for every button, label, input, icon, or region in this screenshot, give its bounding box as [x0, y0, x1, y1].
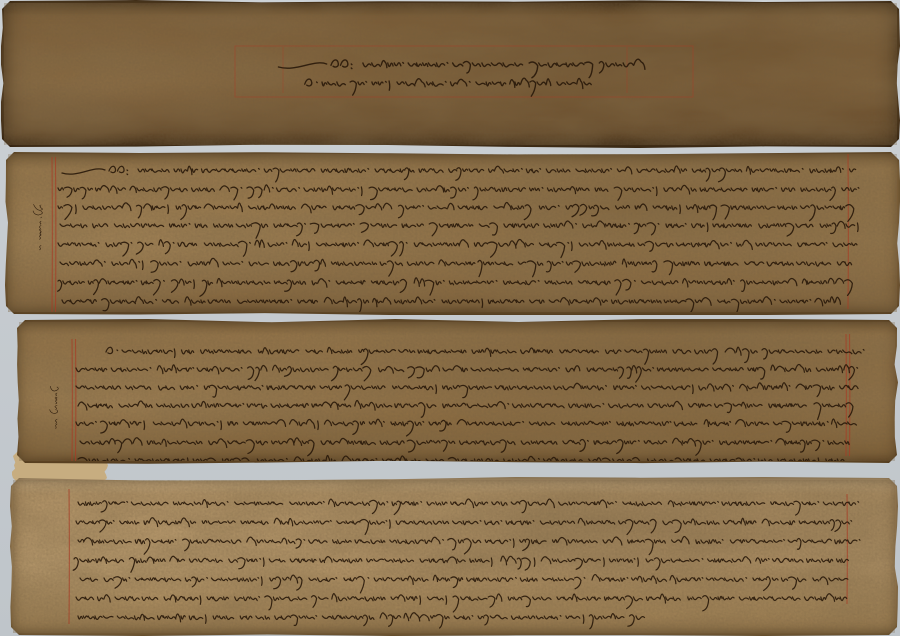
edge-shading [5, 151, 900, 315]
manuscript-strip-folio-upper [5, 151, 900, 315]
manuscript-strip-cover-board [1, 0, 900, 148]
edge-shading [10, 477, 898, 636]
manuscript-strip-folio-lower [10, 477, 898, 636]
manuscript-strip-folio-middle [16, 319, 898, 464]
edge-shading [16, 319, 898, 464]
manuscript-scan [0, 0, 900, 636]
edge-shading [1, 0, 900, 148]
